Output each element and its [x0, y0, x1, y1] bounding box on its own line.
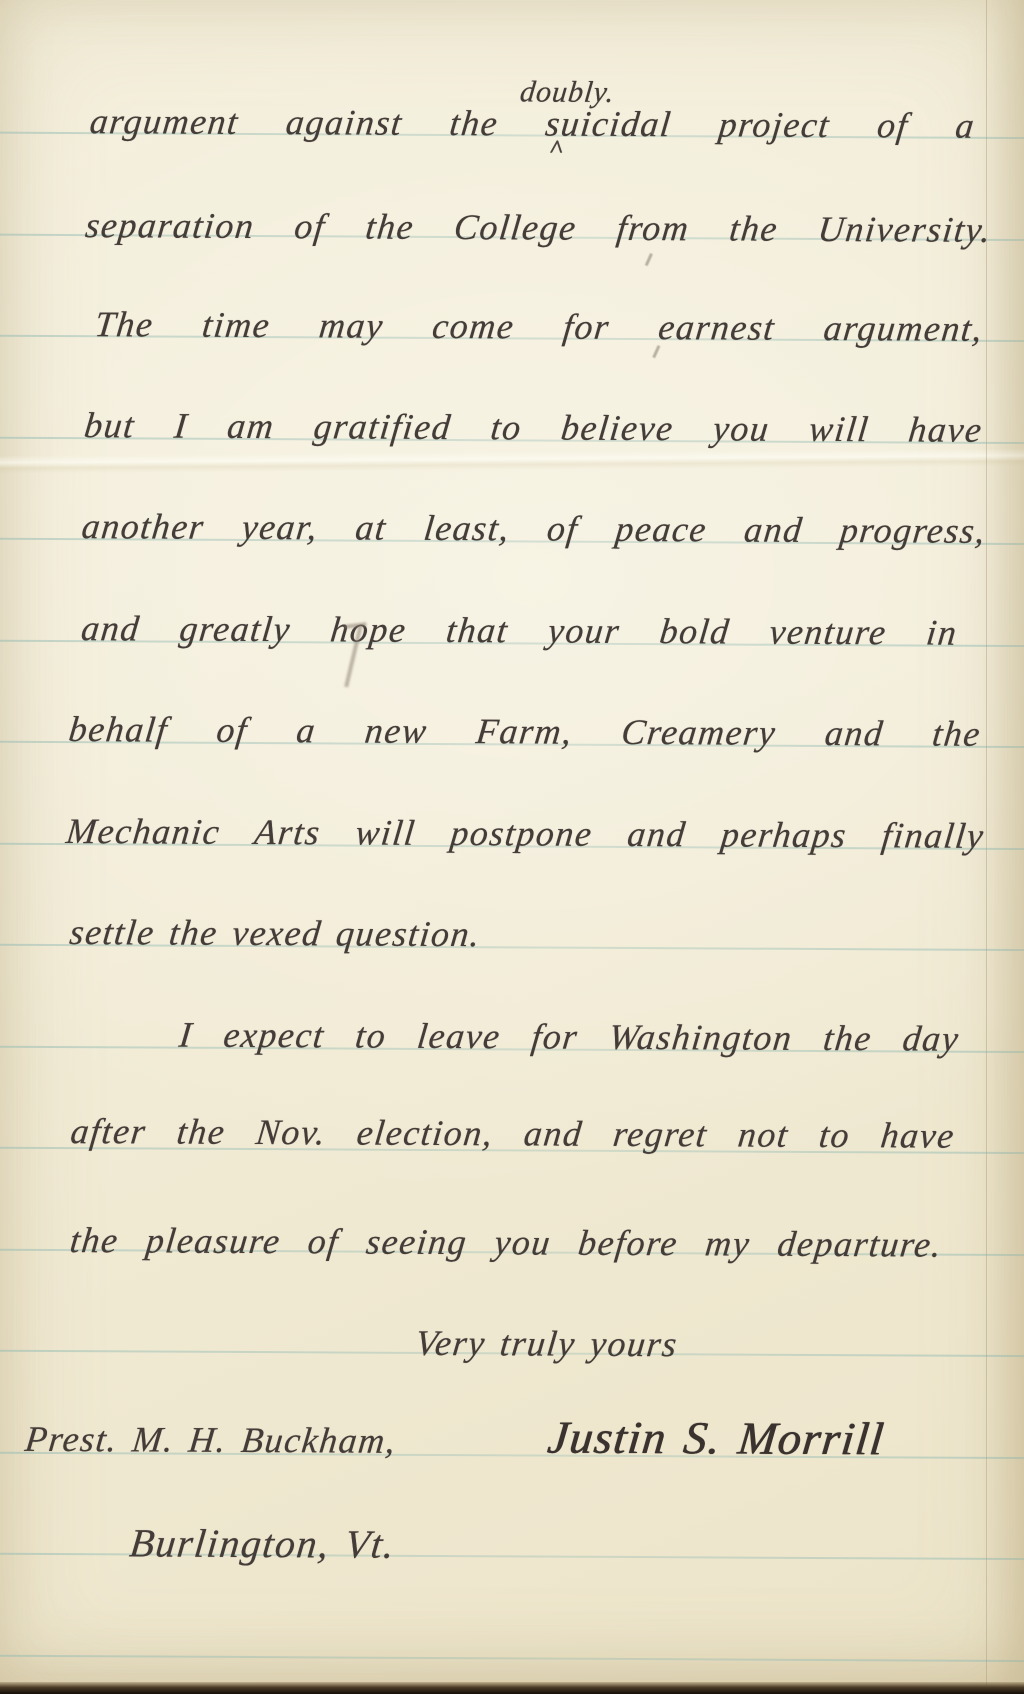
letter-body-line-4: but I am gratified to believe you will h…	[82, 406, 984, 450]
ruled-line	[0, 1654, 1024, 1662]
addressee-prest-buckham: Prest. M. H. Buckham,	[23, 1420, 398, 1462]
letter-body-line-9: settle the vexed question.	[68, 913, 483, 955]
caret-mark: ^	[547, 135, 566, 165]
letter-body-line-12: the pleasure of seeing you before my dep…	[68, 1221, 944, 1265]
letter-body-line-6: and greatly hope that your bold venture …	[79, 609, 959, 653]
letter-body-line-7: behalf of a new Farm, Creamery and the	[67, 710, 983, 754]
closing-valediction: Very truly yours	[414, 1324, 680, 1365]
letter-body-line-2: separation of the College from the Unive…	[83, 206, 993, 250]
handwriting-layer: argument against the suicidal project of…	[1, 0, 1024, 5]
addressee-burlington-vt: Burlington, Vt.	[127, 1521, 397, 1566]
letter-body-line-3: The time may come for earnest argument,	[93, 305, 985, 349]
pencil-smudge	[342, 619, 372, 695]
letter-body-line-10: I expect to leave for Washington the day	[177, 1016, 961, 1060]
letter-body-line-11: after the Nov. election, and regret not …	[69, 1112, 957, 1156]
paper-sheet: argument against the suicidal project of…	[0, 0, 1024, 1694]
ruled-lines-layer	[1, 0, 1024, 5]
letter-body-line-8: Mechanic Arts will postpone and perhaps …	[64, 812, 986, 856]
smudge-layer	[1, 0, 1024, 5]
signature-justin-s-morrill: Justin S. Morrill	[545, 1413, 887, 1465]
ink-speck	[645, 253, 653, 266]
letter-body-line-5: another year, at least, of peace and pro…	[80, 507, 988, 551]
letter-page: argument against the suicidal project of…	[0, 0, 1024, 1694]
interlinear-insertion-doubly: doubly.	[518, 75, 616, 109]
